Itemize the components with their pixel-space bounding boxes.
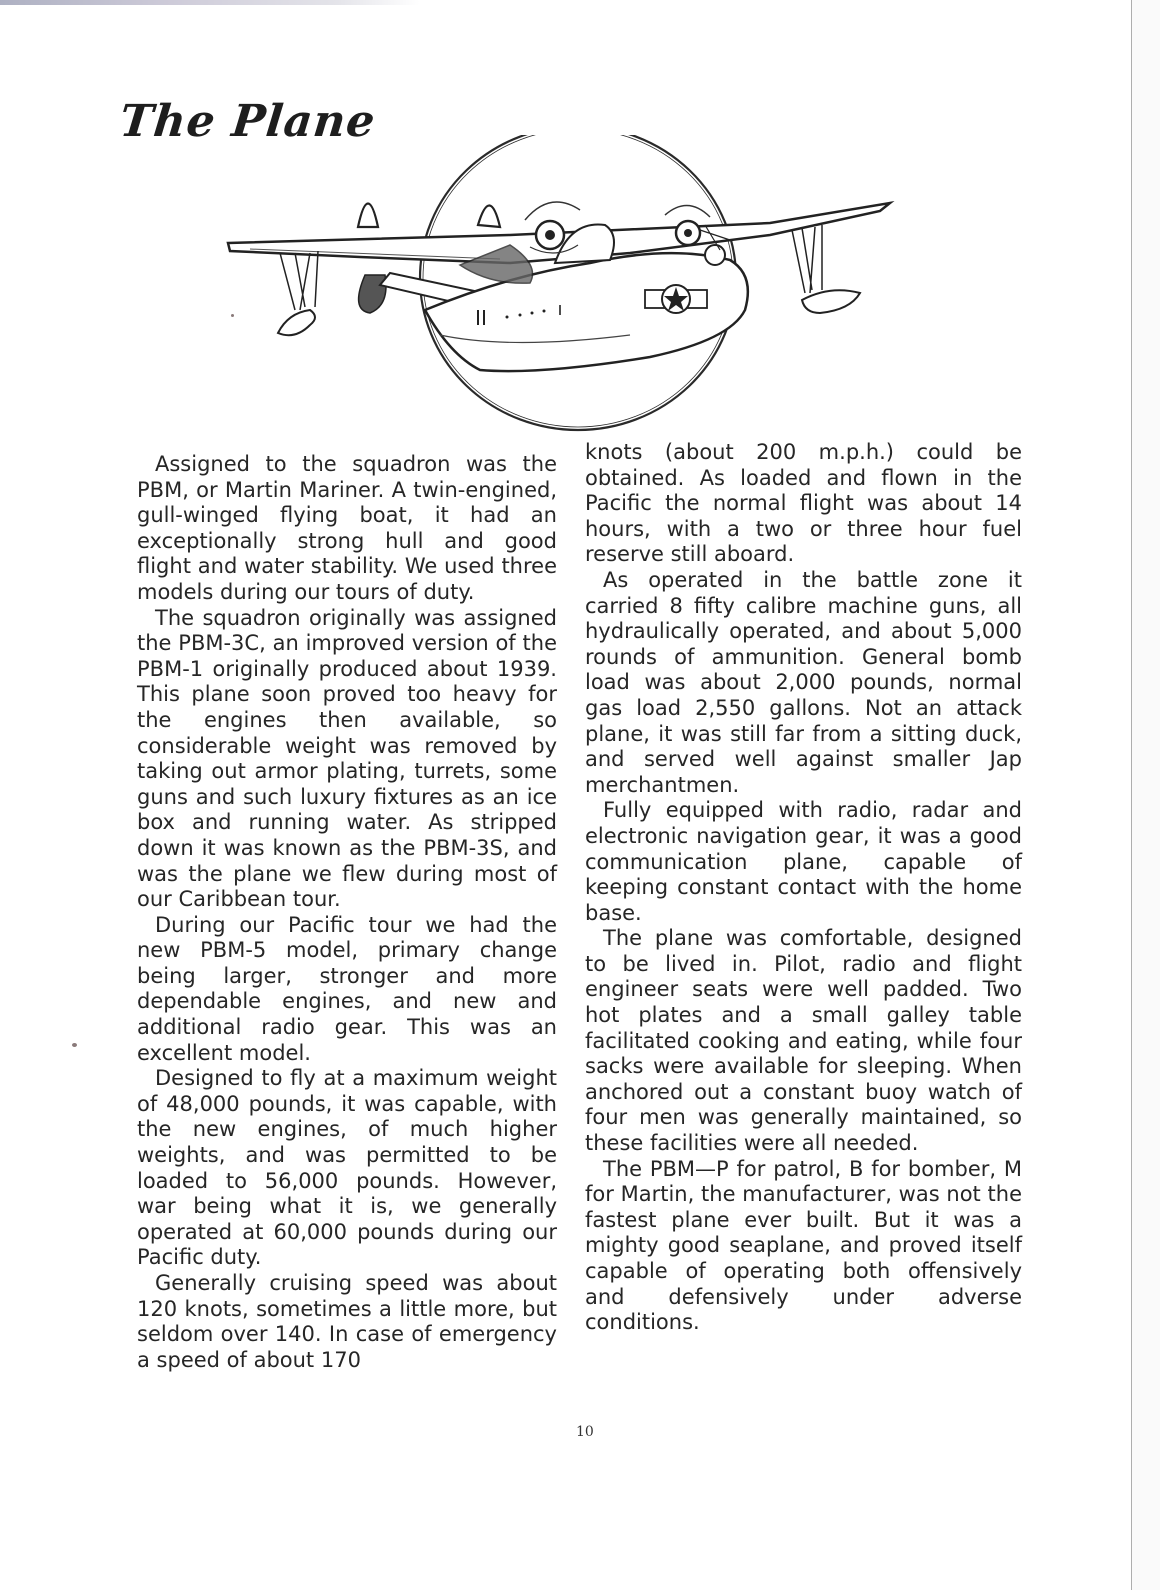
paragraph: During our Pacific tour we had the new P… xyxy=(137,913,557,1067)
paragraph: As operated in the battle zone it carrie… xyxy=(585,568,1022,798)
tail-fin xyxy=(358,204,378,228)
left-text-column: Assigned to the squadron was the PBM, or… xyxy=(137,452,557,1373)
paragraph: Generally cruising speed was about 120 k… xyxy=(137,1271,557,1373)
page-number: 10 xyxy=(576,1424,594,1440)
left-float xyxy=(278,251,318,335)
paragraph: Assigned to the squadron was the PBM, or… xyxy=(137,452,557,606)
adjacent-page-edge xyxy=(1132,0,1160,1590)
scan-edge-artifact xyxy=(0,0,420,5)
page-fold-line xyxy=(1131,0,1132,1590)
paragraph: Designed to fly at a maximum weight of 4… xyxy=(137,1066,557,1271)
paragraph: The plane was comfortable, designed to b… xyxy=(585,926,1022,1156)
paragraph: The squadron originally was assigned the… xyxy=(137,606,557,913)
airplane-illustration-icon xyxy=(210,135,900,435)
right-text-column: knots (about 200 m.p.h.) could be obtain… xyxy=(585,440,1022,1336)
paragraph-continuation: knots (about 200 m.p.h.) could be obtain… xyxy=(585,440,1022,568)
paragraph: The PBM—P for patrol, B for bomber, M fo… xyxy=(585,1157,1022,1336)
scan-speck xyxy=(231,314,234,317)
right-float xyxy=(792,225,860,313)
paragraph: Fully equipped with radio, radar and ele… xyxy=(585,798,1022,926)
scan-speck xyxy=(72,1043,77,1047)
star-insignia xyxy=(645,285,707,313)
